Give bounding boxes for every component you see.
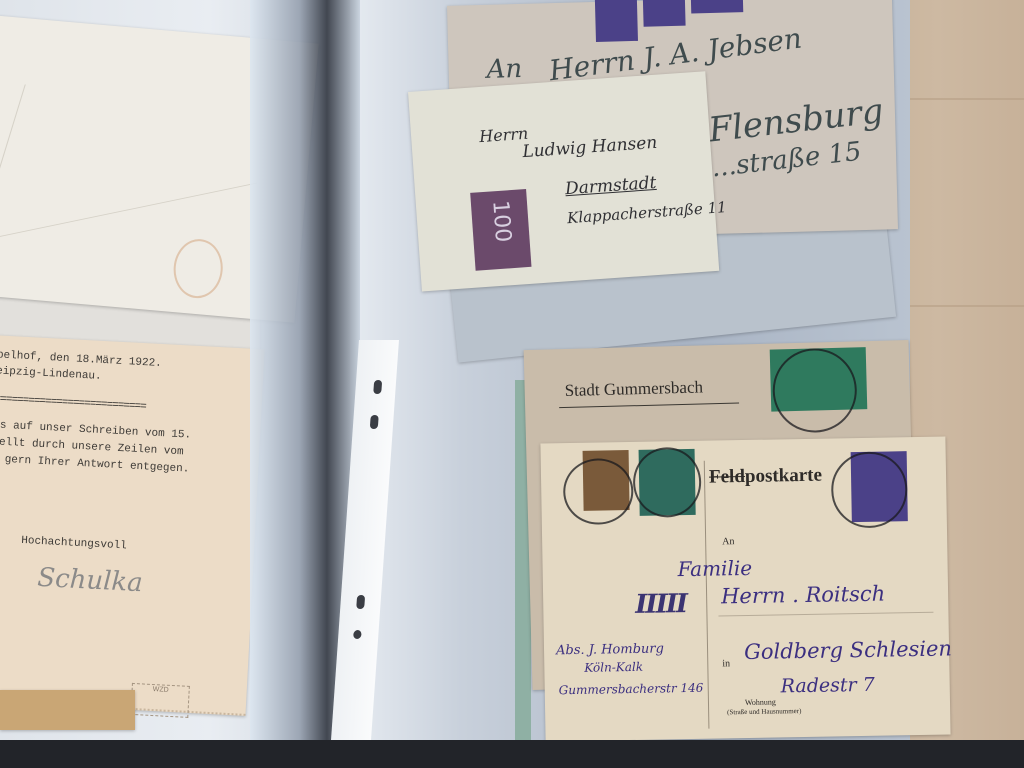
stamp-purple-20 [594, 0, 638, 42]
title-word: postkarte [745, 465, 822, 487]
postmark [772, 347, 858, 433]
letter-signature: Schulka [37, 563, 144, 598]
address-line: Klappacherstraße 11 [567, 198, 728, 227]
letter-line: eipzig-Lindenau. [0, 365, 102, 383]
divider-line [704, 461, 710, 729]
address-line: Darmstadt [564, 173, 657, 199]
street-label: Wohnung [745, 697, 776, 707]
address-rule [718, 612, 933, 617]
stamp-purple-20 [642, 0, 685, 27]
card-header: Stadt Gummersbach [564, 377, 703, 401]
recipient-line: Goldberg Schlesien [744, 636, 952, 664]
address-line: An [486, 54, 522, 85]
bar-marks: IIIII [635, 589, 686, 620]
stamp-purple-20 [690, 0, 743, 13]
postcard-roitsch: Feldpostkarte An Familie Herrn . Roitsch… [540, 436, 950, 741]
address-line: Ludwig Hansen [522, 133, 658, 162]
punch-hole [370, 415, 379, 429]
punch-hole [353, 630, 362, 639]
cover-hansen: Herrn Ludwig Hansen Darmstadt Klappacher… [408, 71, 719, 291]
stamp-violet-100: 100 [470, 189, 531, 271]
typed-letter: pelhof, den 18.März 1922. eipzig-Lindena… [0, 335, 265, 716]
struck-word: Feld [709, 466, 745, 488]
header-underline [559, 402, 739, 408]
letter-closing: Hochachtungsvoll [21, 535, 127, 553]
letter-rule: =========================== [0, 393, 146, 413]
album-bottom-edge [0, 740, 1024, 768]
sender-line: Gummersbacherstr 146 [559, 681, 704, 698]
stain-mark [171, 237, 225, 300]
recipient-line: Radestr 7 [781, 674, 875, 698]
paper-strip [0, 690, 135, 730]
recipient-line: Familie [677, 556, 752, 581]
in-label: in [722, 658, 730, 669]
postcard-title: Feldpostkarte [709, 465, 822, 489]
punch-hole [356, 595, 365, 609]
stamp-value: 100 [487, 199, 515, 243]
handstamp: WZD [130, 683, 190, 718]
to-label: An [722, 536, 734, 547]
sender-line: Köln-Kalk [584, 660, 643, 675]
recipient-line: Herrn . Roitsch [721, 582, 885, 609]
punch-hole [373, 380, 382, 394]
street-sublabel: (Straße und Hausnummer) [727, 707, 801, 716]
sender-line: Abs. J. Homburg [556, 641, 664, 658]
postmark [563, 458, 634, 525]
